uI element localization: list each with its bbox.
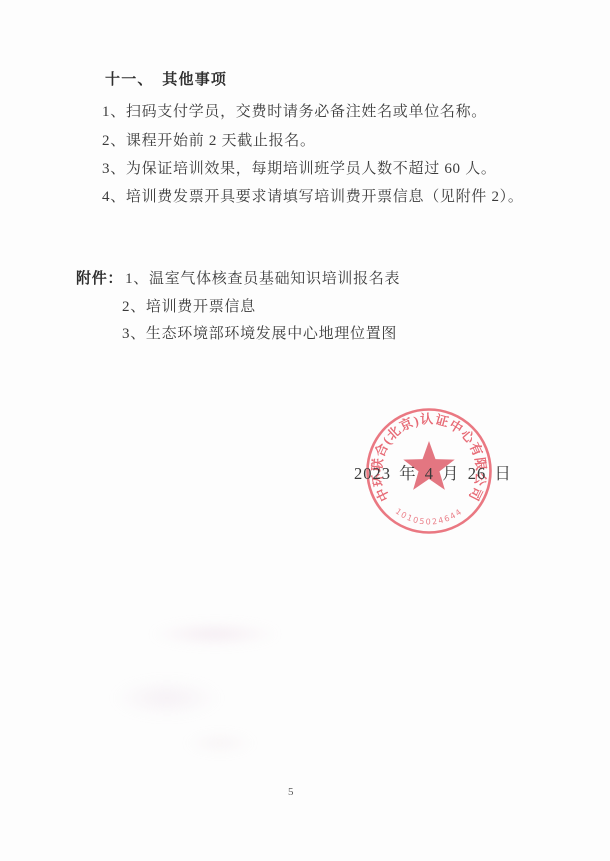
section-heading: 十一、 其他事项 xyxy=(105,68,227,89)
document-page: 十一、 其他事项 1、扫码支付学员，交费时请务必备注姓名或单位名称。 2、课程开… xyxy=(0,0,610,861)
page-number: 5 xyxy=(288,786,294,798)
list-item: 1、扫码支付学员，交费时请务必备注姓名或单位名称。 xyxy=(102,100,487,121)
attachment-item: 2、培训费开票信息 xyxy=(122,295,256,316)
scan-smudge xyxy=(112,678,222,718)
attachment-item: 3、生态环境部环境发展中心地理位置图 xyxy=(122,322,397,343)
issue-date: 2023 年 4 月 26 日 xyxy=(354,460,512,484)
scan-smudge xyxy=(150,622,280,646)
scan-smudge xyxy=(185,732,255,754)
attachments-line: 附件：1、温室气体核查员基础知识培训报名表 xyxy=(76,267,400,288)
list-item: 3、为保证培训效果，每期培训班学员人数不超过 60 人。 xyxy=(102,157,497,178)
list-item: 4、培训费发票开具要求请填写培训费开票信息（见附件 2）。 xyxy=(102,185,524,206)
list-item: 2、课程开始前 2 天截止报名。 xyxy=(102,129,316,150)
attachments-label: 附件： xyxy=(76,271,123,287)
attachment-item: 1、温室气体核查员基础知识培训报名表 xyxy=(125,271,400,287)
